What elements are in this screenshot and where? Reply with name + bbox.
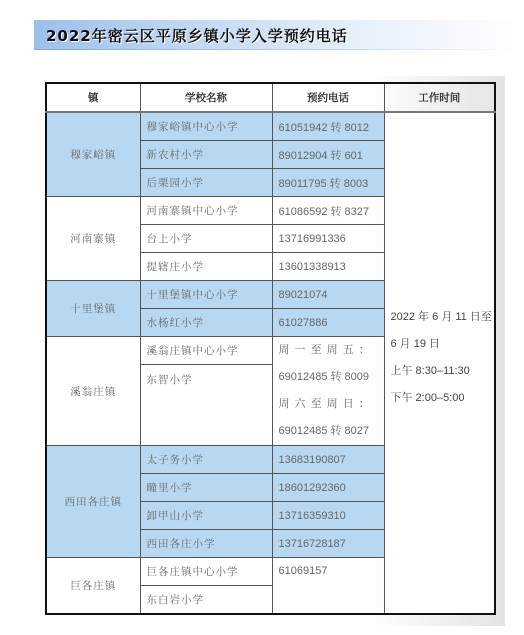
header-town: 镇: [46, 83, 140, 112]
school-cell: 十里堡镇中心小学: [140, 281, 272, 309]
town-cell: 河南寨镇: [46, 197, 140, 281]
phone-weekend-label: 周 六 至 周 日 ：: [279, 391, 384, 418]
table-header-row: 镇 学校名称 预约电话 工作时间: [46, 83, 495, 112]
phone-cell: 13716728187: [272, 530, 384, 558]
phone-cell: 89012904 转 601: [272, 141, 384, 169]
school-cell: 新农村小学: [140, 141, 272, 169]
school-cell: 后栗园小学: [140, 169, 272, 197]
town-cell: 穆家峪镇: [46, 112, 140, 197]
school-cell: 水杨红小学: [140, 309, 272, 337]
school-cell: 卸甲山小学: [140, 502, 272, 530]
enrollment-phone-table: 镇 学校名称 预约电话 工作时间 穆家峪镇 穆家峪镇中心小学 61051942 …: [45, 82, 496, 615]
phone-cell: 13683190807: [272, 446, 384, 474]
phone-cell: 61027886: [272, 309, 384, 337]
school-cell: 河南寨镇中心小学: [140, 197, 272, 225]
school-cell: 东白岩小学: [140, 586, 272, 615]
phone-cell: 13716991336: [272, 225, 384, 253]
town-cell: 十里堡镇: [46, 281, 140, 337]
header-phone: 预约电话: [272, 83, 384, 112]
phone-weekend-number: 69012485 转 8027: [279, 418, 384, 445]
phone-cell: 61069157: [272, 558, 384, 615]
work-time-cell: 2022 年 6 月 11 日至 6 月 19 日 上午 8:30–11:30 …: [384, 112, 495, 614]
school-cell: 疃里小学: [140, 474, 272, 502]
phone-cell: 89021074: [272, 281, 384, 309]
phone-cell: 89011795 转 8003: [272, 169, 384, 197]
school-cell: 穆家峪镇中心小学: [140, 112, 272, 141]
phone-weekday-number: 69012485 转 8009: [279, 364, 384, 391]
school-cell: 太子务小学: [140, 446, 272, 474]
phone-cell: 13716359310: [272, 502, 384, 530]
work-time-dates-end: 6 月 19 日: [391, 331, 495, 358]
town-cell: 溪翁庄镇: [46, 337, 140, 446]
school-cell: 巨各庄镇中心小学: [140, 558, 272, 586]
phone-cell: 61051942 转 8012: [272, 112, 384, 141]
table-row: 穆家峪镇 穆家峪镇中心小学 61051942 转 8012 2022 年 6 月…: [46, 112, 495, 141]
town-cell: 西田各庄镇: [46, 446, 140, 558]
title-bar: 2022年密云区平原乡镇小学入学预约电话: [34, 20, 524, 50]
school-cell: 提辖庄小学: [140, 253, 272, 281]
town-cell: 巨各庄镇: [46, 558, 140, 615]
work-time-morning: 上午 8:30–11:30: [391, 358, 495, 385]
school-cell: 台上小学: [140, 225, 272, 253]
school-cell: 西田各庄小学: [140, 530, 272, 558]
header-work-time: 工作时间: [384, 83, 495, 112]
phone-cell: 13601338913: [272, 253, 384, 281]
phone-cell: 61086592 转 8327: [272, 197, 384, 225]
header-school-name: 学校名称: [140, 83, 272, 112]
work-time-dates: 2022 年 6 月 11 日至: [391, 304, 495, 331]
page-title: 2022年密云区平原乡镇小学入学预约电话: [46, 25, 348, 46]
school-cell: 东智小学: [140, 365, 272, 446]
work-time-afternoon: 下午 2:00–5:00: [391, 385, 495, 412]
phone-cell-multiline: 周 一 至 周 五 ： 69012485 转 8009 周 六 至 周 日 ： …: [272, 337, 384, 446]
phone-cell: 18601292360: [272, 474, 384, 502]
phone-weekday-label: 周 一 至 周 五 ：: [279, 337, 384, 364]
school-cell: 溪翁庄镇中心小学: [140, 337, 272, 365]
